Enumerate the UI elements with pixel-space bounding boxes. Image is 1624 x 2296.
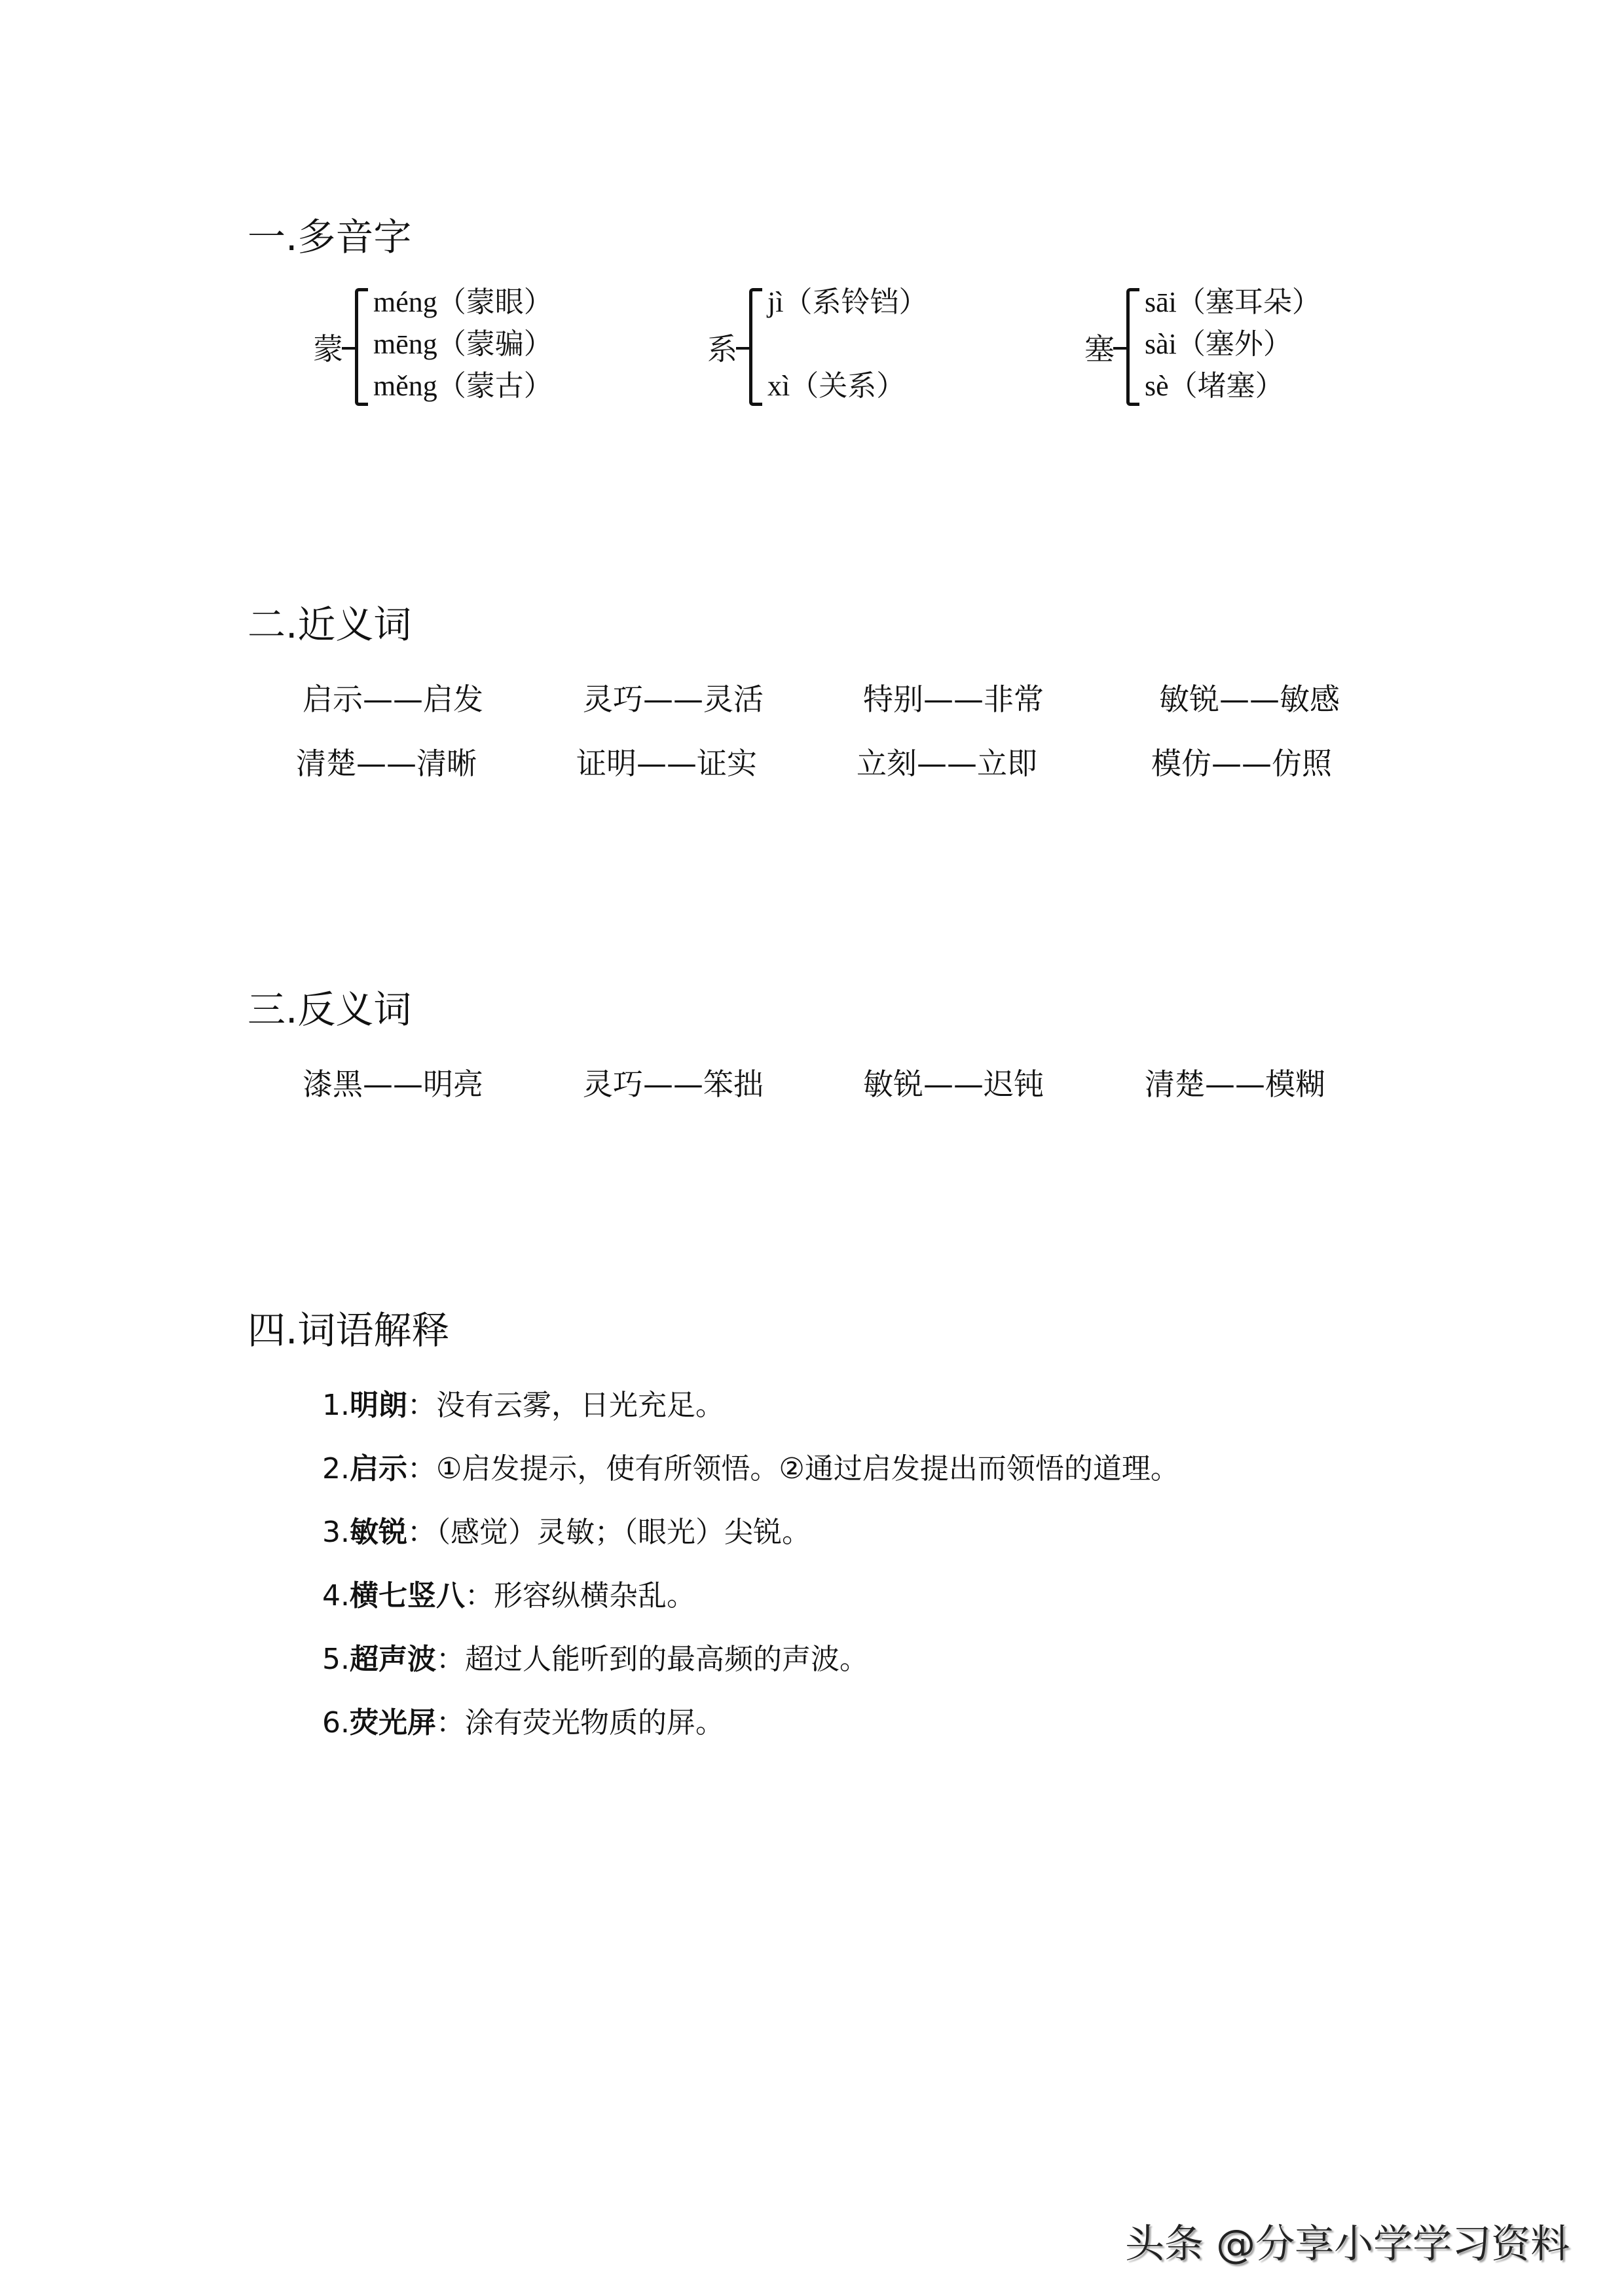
antonym-row: 漆黑——明亮 灵巧——笨拙 敏锐——迟钝 清楚——模糊	[0, 1069, 1624, 1108]
polyphonic-char: 塞	[1084, 334, 1115, 364]
synonym-pair: 敏锐——敏感	[1159, 684, 1340, 714]
example-word: （堵塞）	[1169, 369, 1284, 403]
definition-text: （感觉）灵敏；（眼光）尖锐。	[436, 1516, 811, 1549]
antonym-pair: 灵巧——笨拙	[583, 1069, 764, 1099]
definition-item: 3.敏锐：（感觉）灵敏；（眼光）尖锐。	[322, 1518, 811, 1547]
definition-item: 5.超声波：超过人能听到的最高频的声波。	[322, 1645, 868, 1674]
definition-item: 2.启示：①启发提示，使有所领悟。②通过启发提出而领悟的道理。	[322, 1455, 1179, 1484]
definition-separator: ：	[465, 1579, 494, 1613]
pinyin: sāi	[1145, 286, 1177, 318]
antonym-pair: 敏锐——迟钝	[863, 1069, 1044, 1099]
pinyin: méng	[373, 286, 437, 318]
definition-item: 4.横七竖八：形容纵横杂乱。	[322, 1582, 695, 1611]
section-heading-antonyms: 三.反义词	[248, 991, 411, 1029]
synonym-pair: 特别——非常	[863, 684, 1044, 714]
section-heading-synonyms: 二.近义词	[248, 606, 411, 644]
definition-number: 5.	[322, 1643, 350, 1676]
antonym-pair: 清楚——模糊	[1145, 1069, 1325, 1099]
polyphonic-char: 系	[707, 334, 737, 364]
reading: sè（堵塞）	[1145, 372, 1284, 401]
example-word: （塞耳朵）	[1177, 285, 1321, 319]
section-heading-polyphonic: 一.多音字	[248, 218, 411, 256]
example-word: （蒙骗）	[437, 327, 553, 361]
definition-text: 涂有荧光物质的屏。	[465, 1706, 724, 1740]
example-word: （蒙古）	[437, 369, 553, 403]
synonym-row: 启示——启发 灵巧——灵活 特别——非常 敏锐——敏感	[0, 684, 1624, 723]
definition-separator: ：	[436, 1706, 465, 1740]
definition-text: 没有云雾，日光充足。	[436, 1389, 724, 1422]
reading: xì（关系）	[767, 372, 905, 401]
definition-text: ①启发提示，使有所领悟。②通过启发提出而领悟的道理。	[436, 1452, 1179, 1485]
reading: sài（塞外）	[1145, 330, 1292, 359]
definition-term: 荧光屏	[350, 1706, 436, 1740]
pinyin: sè	[1145, 370, 1169, 402]
definition-term: 启示	[350, 1452, 407, 1485]
definition-separator: ：	[407, 1516, 436, 1549]
definition-item: 1.明朗：没有云雾，日光充足。	[322, 1391, 724, 1420]
definition-term: 敏锐	[350, 1516, 407, 1549]
synonym-pair: 灵巧——灵活	[583, 684, 764, 714]
definition-number: 3.	[322, 1516, 350, 1549]
definition-term: 明朗	[350, 1389, 407, 1422]
synonym-pair: 证明——证实	[576, 748, 757, 778]
definition-separator: ：	[436, 1643, 465, 1676]
brace-bracket	[1126, 288, 1139, 406]
definition-number: 2.	[322, 1452, 350, 1485]
definition-item: 6.荧光屏：涂有荧光物质的屏。	[322, 1709, 724, 1738]
synonym-pair: 启示——启发	[303, 684, 483, 714]
pinyin: sài	[1145, 328, 1177, 360]
synonym-pair: 清楚——清晰	[296, 748, 477, 778]
example-word: （关系）	[790, 369, 905, 403]
reading: měng（蒙古）	[373, 372, 553, 401]
reading: jì（系铃铛）	[767, 288, 927, 317]
section-heading-definitions: 四.词语解释	[248, 1311, 449, 1349]
definition-number: 6.	[322, 1706, 350, 1740]
reading: mēng（蒙骗）	[373, 330, 553, 359]
definition-text: 形容纵横杂乱。	[494, 1579, 695, 1613]
pinyin: mēng	[373, 328, 437, 360]
synonym-pair: 立刻——立即	[857, 748, 1037, 778]
example-word: （系铃铛）	[783, 285, 927, 319]
definition-separator: ：	[407, 1389, 436, 1422]
polyphonic-char: 蒙	[313, 334, 343, 364]
watermark: 头条 @分享小学学习资料	[1125, 2225, 1570, 2264]
antonym-pair: 漆黑——明亮	[303, 1069, 483, 1099]
example-word: （塞外）	[1177, 327, 1292, 361]
definition-term: 超声波	[350, 1643, 436, 1676]
definition-term: 横七竖八	[350, 1579, 465, 1613]
brace-bracket	[355, 288, 368, 406]
pinyin: měng	[373, 370, 437, 402]
example-word: （蒙眼）	[437, 285, 553, 319]
definition-separator: ：	[407, 1452, 436, 1485]
definition-text: 超过人能听到的最高频的声波。	[465, 1643, 868, 1676]
definition-number: 4.	[322, 1579, 350, 1613]
pinyin: jì	[767, 286, 783, 318]
pinyin: xì	[767, 370, 790, 402]
synonym-row: 清楚——清晰 证明——证实 立刻——立即 模仿——仿照	[0, 748, 1624, 788]
definition-number: 1.	[322, 1389, 350, 1422]
reading: méng（蒙眼）	[373, 288, 553, 317]
synonym-pair: 模仿——仿照	[1151, 748, 1332, 778]
reading: sāi（塞耳朵）	[1145, 288, 1321, 317]
brace-bracket	[749, 288, 762, 406]
